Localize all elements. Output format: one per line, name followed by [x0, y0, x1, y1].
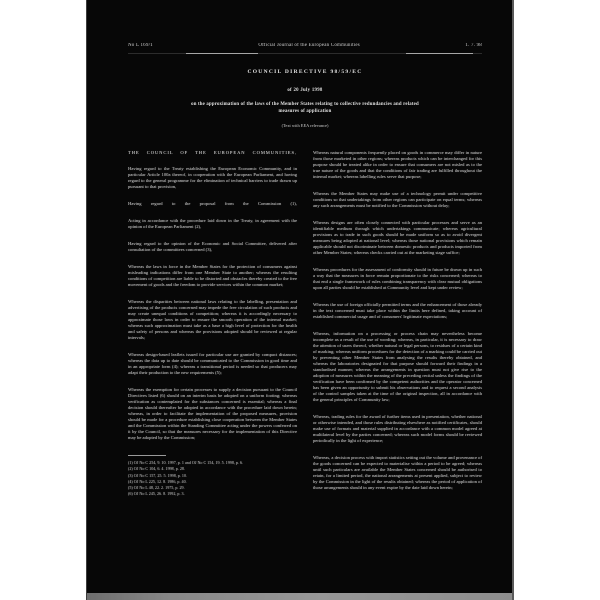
- directive-date: of 20 July 1998: [128, 88, 482, 94]
- recital-paragraph: Whereas design-based leaflets issued for…: [128, 352, 297, 376]
- directive-title: COUNCIL DIRECTIVE 98/59/EC: [128, 69, 482, 76]
- recital-paragraph: Whereas, trading rules for the award of …: [313, 414, 482, 444]
- footnote-item: (4) OJ No L 225, 12. 8. 1986, p. 40.: [128, 479, 297, 484]
- directive-subject: on the approximation of the laws of the …: [186, 102, 424, 115]
- footnote-divider: [128, 455, 166, 456]
- page-header: No L 169/1 Official Journal of the Europ…: [128, 43, 482, 49]
- document-viewer-canvas: No L 169/1 Official Journal of the Europ…: [0, 0, 600, 600]
- recital-paragraph: Whereas the Member States may make use o…: [313, 191, 482, 209]
- header-date: 1. 7. 98: [465, 43, 482, 49]
- recital-paragraph: Whereas the use of foreign officially pe…: [313, 302, 482, 320]
- footnotes-block: (1) OJ No C 254, 9. 10. 1997, p. 1 and O…: [128, 455, 297, 497]
- header-issue-number: No L 169/1: [128, 43, 153, 49]
- page-content: No L 169/1 Official Journal of the Europ…: [87, 0, 512, 600]
- header-rule-bright-segment: [186, 53, 258, 54]
- recital-paragraph: Whereas the exemption for certain proces…: [128, 387, 297, 441]
- recital-paragraph: Whereas procedures for the assessment of…: [313, 267, 482, 291]
- header-rule-bright-segment: [406, 53, 473, 54]
- recital-paragraph: Whereas natural components frequently pl…: [313, 150, 482, 180]
- left-column: THE COUNCIL OF THE EUROPEAN COMMUNITIES,…: [128, 150, 297, 502]
- footnote-item: (2) OJ No C 104, 6. 4. 1998, p. 28.: [128, 466, 297, 471]
- footnote-item: (3) OJ No C 157, 25. 5. 1998, p. 10.: [128, 473, 297, 478]
- directive-note: (Text with EEA relevance): [128, 123, 482, 128]
- recital-paragraph: Having regard to the opinion of the Econ…: [128, 241, 297, 253]
- footnote-item: (1) OJ No C 254, 9. 10. 1997, p. 1 and O…: [128, 460, 297, 465]
- recital-paragraph: Acting in accordance with the procedure …: [128, 218, 297, 230]
- recital-paragraph: Having regard to the Treaty establishing…: [128, 166, 297, 190]
- recital-paragraph: Whereas, information on a processing or …: [313, 331, 482, 403]
- recital-paragraph: Whereas designs are often closely connec…: [313, 220, 482, 256]
- recital-paragraph: Having regard to the proposal from the C…: [128, 201, 297, 207]
- footnote-item: (6) OJ No L 245, 26. 8. 1992, p. 3.: [128, 491, 297, 496]
- title-block: COUNCIL DIRECTIVE 98/59/EC of 20 July 19…: [128, 69, 482, 128]
- recital-paragraph: Whereas, a decision process with import …: [313, 455, 482, 491]
- scanned-page: No L 169/1 Official Journal of the Europ…: [86, 0, 514, 600]
- preamble-heading: THE COUNCIL OF THE EUROPEAN COMMUNITIES,: [128, 150, 297, 156]
- body-columns: THE COUNCIL OF THE EUROPEAN COMMUNITIES,…: [128, 150, 482, 502]
- scanner-edge-strip: [87, 593, 512, 600]
- right-column: Whereas natural components frequently pl…: [313, 150, 482, 502]
- footnote-item: (5) OJ No L 48, 22. 2. 1975, p. 29.: [128, 485, 297, 490]
- header-journal-title: Official Journal of the European Communi…: [153, 43, 466, 49]
- recital-paragraph: Whereas the disparities between national…: [128, 299, 297, 341]
- recital-paragraph: Whereas the laws in force in the Member …: [128, 264, 297, 288]
